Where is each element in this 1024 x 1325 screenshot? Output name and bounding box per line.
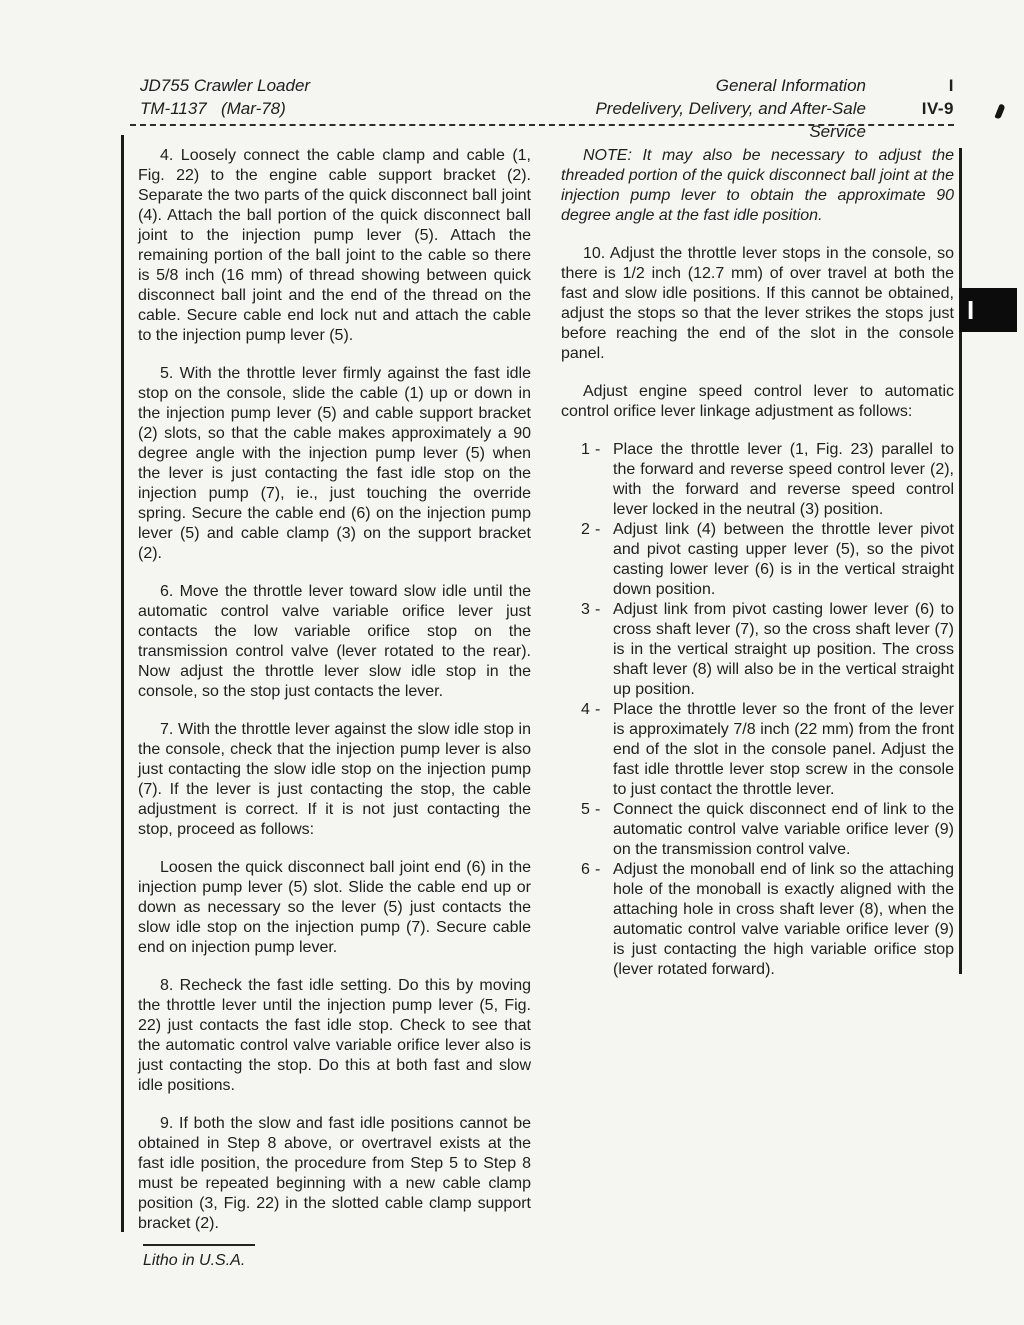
step-text: Adjust the monoball end of link so the a… (613, 860, 954, 980)
step-dash: - (595, 860, 613, 980)
section-tab-label: I (967, 297, 974, 323)
header-row-1: General Information I (536, 74, 954, 97)
paragraph-loosen: Loosen the quick disconnect ball joint e… (138, 858, 531, 958)
manual-page: JD755 Crawler Loader TM-1137 (Mar-78) Ge… (0, 0, 1024, 1325)
paragraph-step-10: 10. Adjust the throttle lever stops in t… (561, 244, 954, 364)
header-right: General Information I Predelivery, Deliv… (536, 74, 954, 143)
linkage-step-4: 4 - Place the throttle lever so the fron… (581, 700, 954, 800)
paragraph-step-4: 4. Loosely connect the cable clamp and c… (138, 146, 531, 346)
ink-speck-mark (994, 103, 1005, 119)
linkage-step-5: 5 - Connect the quick disconnect end of … (581, 800, 954, 860)
paragraph-step-5: 5. With the throttle lever firmly agains… (138, 364, 531, 564)
step-number: 1 (581, 440, 595, 520)
linkage-intro: Adjust engine speed control lever to aut… (561, 382, 954, 422)
step-number: 3 (581, 600, 595, 700)
step-dash: - (595, 440, 613, 520)
change-bar-right (959, 148, 962, 974)
header-page-number: IV-9 (866, 97, 954, 143)
note-paragraph: NOTE: It may also be necessary to adjust… (561, 146, 954, 226)
step-text: Place the throttle lever so the front of… (613, 700, 954, 800)
change-bar-left (121, 135, 124, 1232)
left-column: 4. Loosely connect the cable clamp and c… (138, 146, 531, 1252)
doc-date: (Mar-78) (221, 99, 286, 118)
linkage-step-2: 2 - Adjust link (4) between the throttle… (581, 520, 954, 600)
linkage-steps-list: 1 - Place the throttle lever (1, Fig. 23… (561, 440, 954, 980)
header-rule (130, 124, 954, 126)
step-dash: - (595, 520, 613, 600)
paragraph-step-8: 8. Recheck the fast idle setting. Do thi… (138, 976, 531, 1096)
section-tab: I (959, 288, 1017, 332)
header-section-code: I (866, 74, 954, 97)
step-text: Connect the quick disconnect end of link… (613, 800, 954, 860)
litho-note: Litho in U.S.A. (143, 1252, 245, 1270)
header-row-2: Predelivery, Delivery, and After-Sale Se… (536, 97, 954, 143)
footer-rule (143, 1244, 255, 1246)
step-dash: - (595, 700, 613, 800)
step-text: Adjust link (4) between the throttle lev… (613, 520, 954, 600)
step-number: 5 (581, 800, 595, 860)
doc-number: TM-1137 (140, 99, 207, 118)
header-left: JD755 Crawler Loader TM-1137 (Mar-78) (140, 74, 470, 120)
step-number: 4 (581, 700, 595, 800)
linkage-step-6: 6 - Adjust the monoball end of link so t… (581, 860, 954, 980)
step-number: 6 (581, 860, 595, 980)
step-number: 2 (581, 520, 595, 600)
header-section-title: General Information (536, 74, 866, 97)
step-text: Adjust link from pivot casting lower lev… (613, 600, 954, 700)
doc-title: JD755 Crawler Loader (140, 74, 470, 97)
linkage-step-1: 1 - Place the throttle lever (1, Fig. 23… (581, 440, 954, 520)
paragraph-step-6: 6. Move the throttle lever toward slow i… (138, 582, 531, 702)
doc-number-line: TM-1137 (Mar-78) (140, 97, 470, 120)
linkage-step-3: 3 - Adjust link from pivot casting lower… (581, 600, 954, 700)
header-subtitle: Predelivery, Delivery, and After-Sale Se… (536, 97, 866, 143)
right-column: NOTE: It may also be necessary to adjust… (561, 146, 954, 980)
step-dash: - (595, 800, 613, 860)
step-text: Place the throttle lever (1, Fig. 23) pa… (613, 440, 954, 520)
paragraph-step-7: 7. With the throttle lever against the s… (138, 720, 531, 840)
paragraph-step-9: 9. If both the slow and fast idle positi… (138, 1114, 531, 1234)
step-dash: - (595, 600, 613, 700)
